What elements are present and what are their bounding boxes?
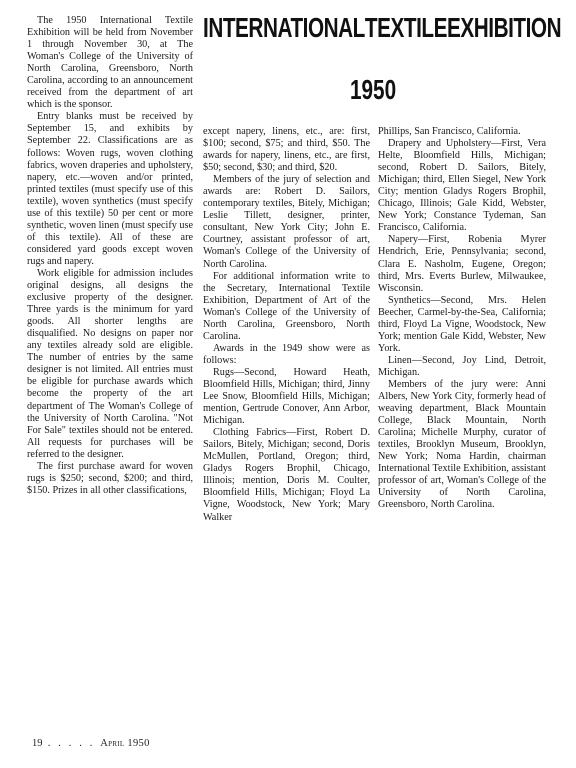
paragraph: Clothing Fabrics—First, Robert D. Sailor… xyxy=(203,427,370,523)
page-number: 19 xyxy=(32,738,43,749)
text-column-3: Phillips, San Francisco, California. Dra… xyxy=(378,126,546,512)
paragraph: Phillips, San Francisco, California. xyxy=(378,126,546,138)
paragraph: Synthetics—Second, Mrs. Helen Beecher, C… xyxy=(378,295,546,355)
paragraph: For additional information write to the … xyxy=(203,271,370,343)
paragraph: Napery—First, Robenia Myrer Hendrich, Er… xyxy=(378,234,546,294)
page-footer: 19 . . . . . April 1950 xyxy=(32,738,150,749)
text-column-1: The 1950 International Textile Exhibitio… xyxy=(27,15,193,497)
paragraph: Awards in the 1949 show were as follows: xyxy=(203,343,370,367)
paragraph: Members of the jury were: Anni Albers, N… xyxy=(378,379,546,512)
paragraph: Work eligible for admission includes ori… xyxy=(27,268,193,461)
text-column-2: except napery, linens, etc., are: first,… xyxy=(203,126,370,524)
paragraph: except napery, linens, etc., are: first,… xyxy=(203,126,370,174)
footer-leader-dots: . . . . . xyxy=(43,738,101,749)
title-word: EXHIBITION xyxy=(447,10,561,46)
paragraph: The 1950 International Textile Exhibitio… xyxy=(27,15,193,111)
paragraph: Members of the jury of selection and awa… xyxy=(203,174,370,270)
article-title: INTERNATIONAL TEXTILE EXHIBITION xyxy=(203,10,548,46)
paragraph: Rugs—Second, Howard Heath, Bloomfield Hi… xyxy=(203,367,370,427)
article-year: 1950 xyxy=(350,72,396,108)
paragraph: Drapery and Upholstery—First, Vera Helte… xyxy=(378,138,546,234)
title-word: INTERNATIONAL xyxy=(203,10,365,46)
title-word: TEXTILE xyxy=(365,10,447,46)
paragraph: Linen—Second, Joy Lind, Detroit, Michiga… xyxy=(378,355,546,379)
paragraph: The first purchase award for woven rugs … xyxy=(27,461,193,497)
issue-date: April 1950 xyxy=(100,738,149,749)
paragraph: Entry blanks must be received by Septemb… xyxy=(27,111,193,268)
